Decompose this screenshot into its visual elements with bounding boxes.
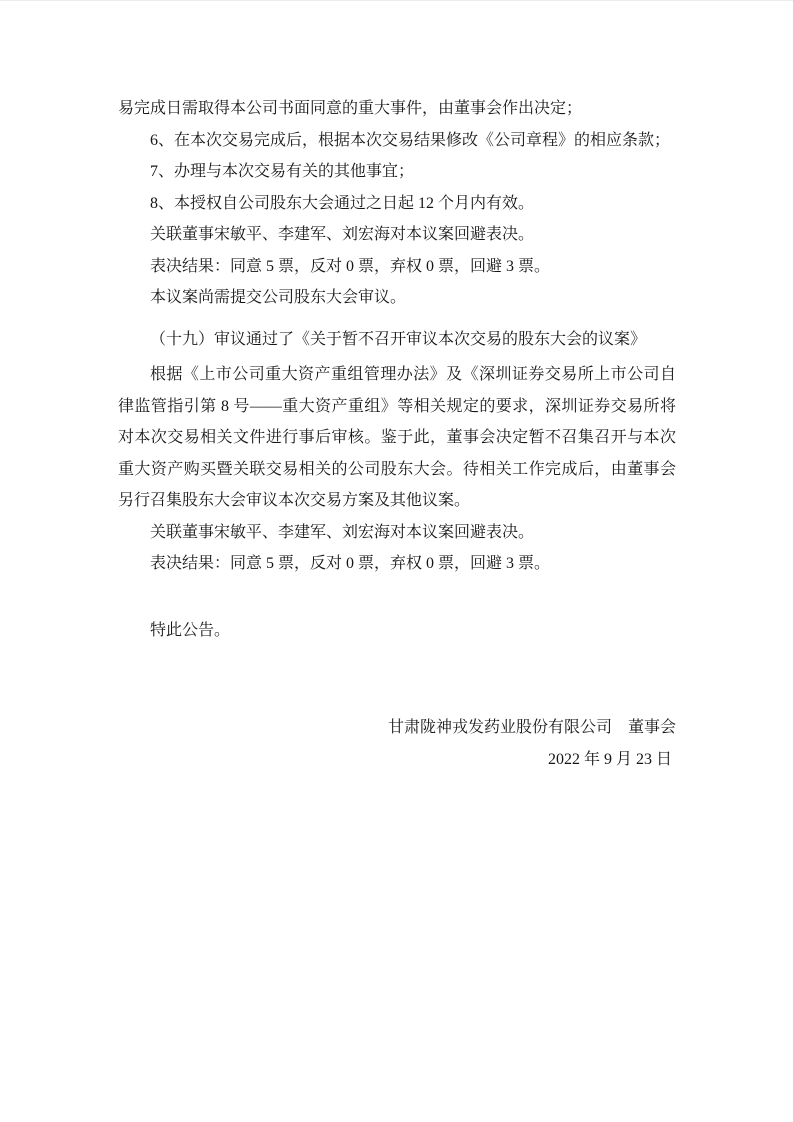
paragraph-continuation: 易完成日需取得本公司书面同意的重大事件，由董事会作出决定； — [118, 93, 676, 125]
recusal-statement-1: 关联董事宋敏平、李建军、刘宏海对本议案回避表决。 — [118, 219, 676, 251]
recusal-statement-2: 关联董事宋敏平、李建军、刘宏海对本议案回避表决。 — [118, 517, 676, 549]
vote-result-1: 表决结果：同意 5 票，反对 0 票，弃权 0 票，回避 3 票。 — [118, 251, 676, 283]
section-19-body: 根据《上市公司重大资产重组管理办法》及《深圳证券交易所上市公司自律监管指引第 8… — [118, 359, 676, 517]
numbered-item-8: 8、本授权自公司股东大会通过之日起 12 个月内有效。 — [118, 188, 676, 220]
submit-to-shareholders-statement: 本议案尚需提交公司股东大会审议。 — [118, 282, 676, 314]
numbered-item-7: 7、办理与本次交易有关的其他事宜； — [118, 156, 676, 188]
numbered-item-6: 6、在本次交易完成后，根据本次交易结果修改《公司章程》的相应条款； — [118, 125, 676, 157]
signature-date: 2022 年 9 月 23 日 — [118, 744, 676, 776]
document-page: 易完成日需取得本公司书面同意的重大事件，由董事会作出决定； 6、在本次交易完成后… — [0, 0, 793, 1122]
signature-company: 甘肃陇神戎发药业股份有限公司 董事会 — [118, 712, 676, 744]
section-19-heading: （十九）审议通过了《关于暂不召开审议本次交易的股东大会的议案》 — [118, 324, 676, 356]
vote-result-2: 表决结果：同意 5 票，反对 0 票，弃权 0 票，回避 3 票。 — [118, 548, 676, 580]
document-content: 易完成日需取得本公司书面同意的重大事件，由董事会作出决定； 6、在本次交易完成后… — [118, 93, 676, 775]
closing-statement: 特此公告。 — [118, 615, 676, 647]
